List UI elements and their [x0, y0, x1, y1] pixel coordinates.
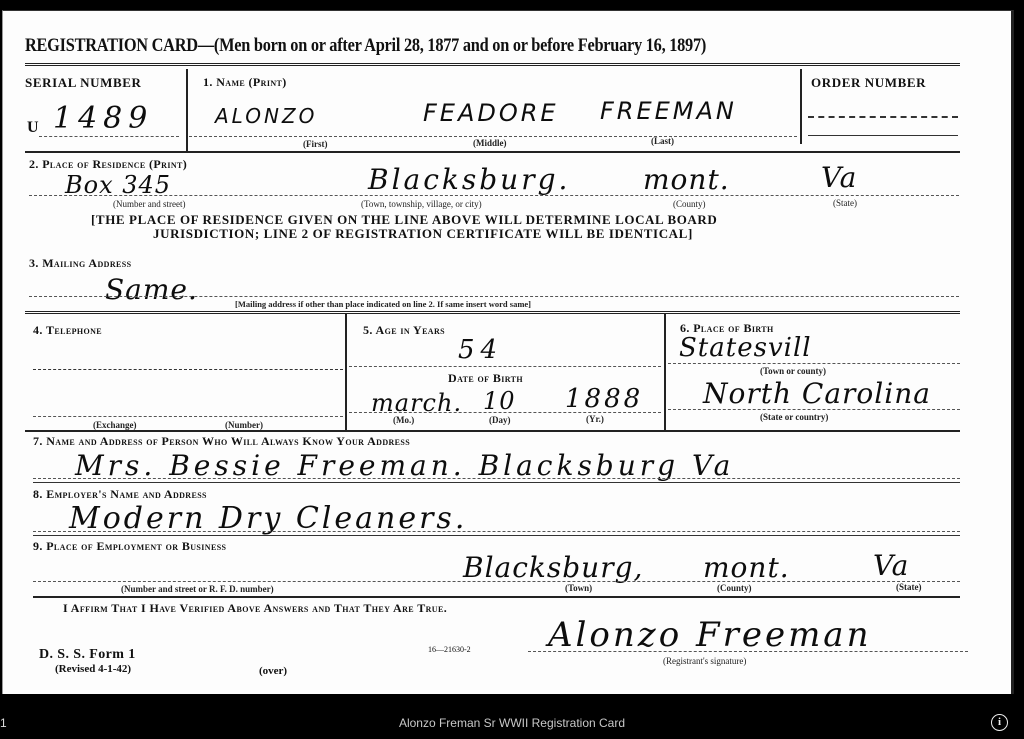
dotted-line — [29, 296, 959, 297]
residence-street-caption: (Number and street) — [113, 199, 185, 209]
form-revision: (Revised 4-1-42) — [55, 663, 131, 675]
residence-county-caption: (County) — [673, 199, 706, 209]
form-over: (over) — [259, 665, 287, 677]
dotted-line — [29, 195, 959, 196]
dotted-line — [808, 116, 958, 118]
telephone-label: 4. Telephone — [33, 323, 102, 338]
employment-state-caption: (State) — [896, 582, 922, 592]
dob-year-value: 1888 — [565, 384, 643, 414]
caption-bar: 1 Alonzo Freman Sr WWII Registration Car… — [0, 700, 1024, 739]
birthplace-town-caption: (Town or county) — [760, 366, 826, 376]
affirmation-text: I Affirm That I Have Verified Above Answ… — [63, 601, 447, 616]
name-label: 1. Name (Print) — [203, 75, 287, 90]
dob-day-caption: (Day) — [489, 415, 511, 425]
age-value: 54 — [458, 335, 503, 365]
exchange-caption: (Exchange) — [93, 420, 137, 430]
card-title: REGISTRATION CARD—(Men born on or after … — [25, 35, 706, 57]
dotted-line — [33, 581, 960, 582]
dotted-line — [668, 409, 960, 410]
first-name-value: ALONZO — [215, 104, 317, 128]
divider — [25, 311, 960, 314]
first-caption: (First) — [303, 139, 328, 149]
dob-day-value: 10 — [483, 387, 516, 415]
column-divider — [664, 314, 666, 431]
middle-caption: (Middle) — [473, 138, 507, 148]
divider — [33, 482, 960, 483]
column-divider — [800, 69, 802, 144]
divider — [25, 430, 960, 432]
column-divider — [345, 314, 347, 431]
residence-label: 2. Place of Residence (Print) — [29, 157, 187, 172]
registration-card-image: REGISTRATION CARD—(Men born on or after … — [2, 10, 1014, 694]
residence-state-value: Va — [821, 161, 857, 194]
employer-label: 8. Employer's Name and Address — [33, 487, 207, 502]
divider — [25, 63, 960, 66]
serial-number-label: SERIAL NUMBER — [25, 75, 142, 91]
employment-county-caption: (County) — [717, 583, 752, 593]
order-number-label: ORDER NUMBER — [811, 75, 926, 91]
divider — [25, 151, 960, 153]
residence-state-caption: (State) — [833, 198, 857, 208]
employment-place-label: 9. Place of Employment or Business — [33, 539, 226, 554]
image-caption: Alonzo Freman Sr WWII Registration Card — [0, 716, 1024, 730]
dob-month-caption: (Mo.) — [393, 415, 414, 425]
residence-county-value: mont. — [643, 163, 730, 196]
serial-prefix: U — [27, 119, 39, 137]
date-of-birth-label: Date of Birth — [448, 371, 523, 386]
form-print-code: 16—21630-2 — [428, 645, 471, 654]
number-caption: (Number) — [225, 420, 263, 430]
employment-town-value: Blacksburg, — [463, 551, 643, 584]
mailing-address-label-text: 3. Mailing Address — [29, 256, 131, 271]
employment-street-caption: (Number and street or R. F. D. number) — [121, 584, 274, 594]
photo-viewer: REGISTRATION CARD—(Men born on or after … — [0, 0, 1024, 739]
divider — [33, 535, 960, 536]
birthplace-state-value: North Carolina — [703, 377, 931, 410]
info-circle-icon[interactable]: i — [991, 714, 1008, 731]
dotted-line — [668, 363, 960, 364]
contact-person-label: 7. Name and Address of Person Who Will A… — [33, 434, 410, 449]
last-name-value: FREEMAN — [600, 97, 737, 125]
dotted-line — [349, 366, 661, 367]
residence-town-caption: (Town, township, village, or city) — [361, 199, 482, 209]
dotted-line — [33, 531, 960, 532]
dotted-line — [33, 416, 343, 417]
dotted-line — [349, 412, 661, 413]
dotted-line — [33, 478, 960, 479]
form-name: D. S. S. Form 1 — [39, 647, 136, 663]
signature-caption: (Registrant's signature) — [663, 656, 746, 666]
divider — [808, 135, 958, 136]
residence-notice-line2: JURISDICTION; LINE 2 OF REGISTRATION CER… — [153, 226, 693, 242]
mailing-address-caption: [Mailing address if other than place ind… — [235, 299, 531, 309]
employment-state-value: Va — [873, 549, 909, 582]
column-divider — [186, 69, 188, 151]
serial-number-value: 1489 — [53, 101, 153, 136]
residence-town-value: Blacksburg. — [368, 163, 570, 196]
dotted-line — [33, 369, 343, 370]
age-label: 5. Age in Years — [363, 323, 445, 338]
employment-county-value: mont. — [703, 551, 790, 584]
birthplace-state-caption: (State or country) — [760, 412, 828, 422]
dotted-line — [39, 136, 179, 137]
employment-town-caption: (Town) — [565, 583, 592, 593]
registrant-signature: Alonzo Freeman — [548, 615, 871, 655]
dob-year-caption: (Yr.) — [586, 414, 604, 424]
middle-name-value: FEADORE — [423, 99, 559, 127]
dotted-line — [189, 136, 797, 137]
divider — [33, 596, 960, 598]
mailing-address-value: Same. — [105, 273, 198, 306]
dotted-line — [528, 651, 968, 652]
last-caption: (Last) — [651, 136, 674, 146]
birthplace-town-value: Statesvill — [679, 333, 812, 363]
